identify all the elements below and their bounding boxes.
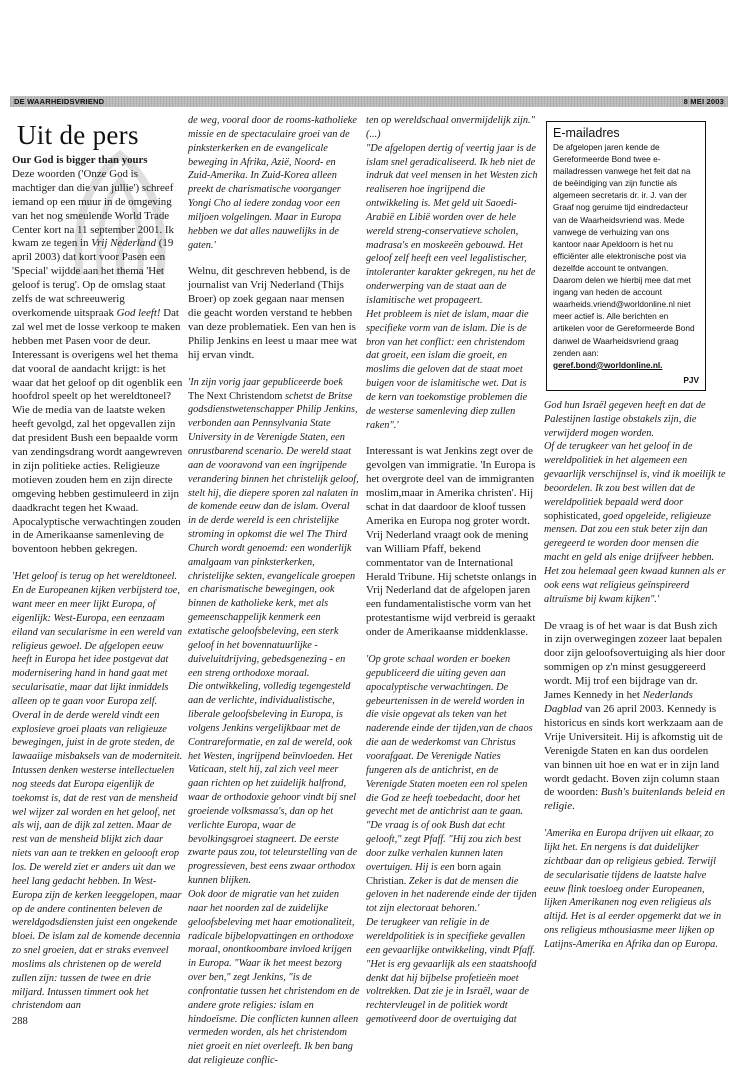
islam-quote: "De afgelopen dertig of veertig jaar is … (366, 142, 538, 308)
masthead-bar: De Waarheidsvriend 8 mei 2003 (10, 96, 728, 107)
jenkins-quote-2: Die ontwikkeling, volledig tegengesteld … (188, 680, 360, 888)
pfaff-quote-2: "De vraag is of ook Bush dat echt geloof… (366, 819, 538, 916)
body-paragraph: De vraag is of het waar is dat Bush zich… (544, 620, 726, 815)
jenkins-quote-3: Ook door de migratie van het zuiden naar… (188, 888, 360, 1068)
islam-quote-2: Het probleem is niet de islam, maar die … (366, 308, 538, 433)
article-subhead: Our God is bigger than yours (12, 154, 184, 168)
text-run: . (572, 800, 575, 812)
text-run: 'In zijn vorig jaar gepubliceerde boek (188, 377, 343, 388)
pfaff-quote-5: Of de terugkeer van het geloof in de wer… (544, 440, 726, 606)
article-column-1: Uit de pers Our God is bigger than yours… (12, 118, 184, 1029)
text-run: , goed opgeleide, religieuze mensen. Dat… (544, 511, 726, 605)
book-title: The Next Christendom (188, 391, 282, 402)
text-run: van 26 april 2003. Kennedy is historicus… (544, 703, 723, 798)
box-title: E-mailadres (553, 126, 699, 140)
article-title: Uit de pers (17, 120, 184, 150)
pfaff-quote: 'Op grote schaal worden er boeken gepubl… (366, 653, 538, 819)
text-run: De vraag is of het waar is dat Bush zich… (544, 620, 725, 702)
ellipsis: (...) (366, 128, 538, 142)
quote-continuation: de weg, vooral door de rooms-katholieke … (188, 114, 360, 252)
kennedy-quote: 'Amerika en Europa drijven uit elkaar, z… (544, 827, 726, 952)
issue-date: 8 mei 2003 (684, 97, 724, 106)
text-run: Of de terugkeer van het geloof in de wer… (544, 441, 726, 507)
publication-ref: Vrij Nederland (91, 237, 156, 249)
intro-paragraph: Deze woorden ('Onze God is machtiger dan… (12, 168, 184, 557)
article-column-2: de weg, vooral door de rooms-katholieke … (188, 114, 360, 1068)
email-link[interactable]: geref.bond@worldonline.nl. (553, 359, 699, 371)
pfaff-quote-4: God hun Israël gegeven heeft en dat de P… (544, 399, 726, 441)
page-number: 288 (12, 1015, 184, 1029)
quote-paragraph: 'Het geloof is terug op het wereldtoneel… (12, 570, 184, 1013)
article-column-4: E-mailadres De afgelopen jaren kende de … (544, 118, 726, 952)
body-paragraph: Interessant is wat Jenkins zegt over de … (366, 445, 538, 640)
body-paragraph: Welnu, dit geschreven hebbend, is de jou… (188, 265, 360, 362)
jenkins-quote: 'In zijn vorig jaar gepubliceerde boek T… (188, 376, 360, 681)
box-text: De afgelopen jaren kende de Gereformeerd… (553, 141, 699, 274)
email-notice-box: E-mailadres De afgelopen jaren kende de … (546, 121, 706, 391)
publication-name: De Waarheidsvriend (14, 97, 104, 106)
box-signature: PJV (553, 374, 699, 386)
article-column-3: ten op wereldschaal onvermijdelijk zijn.… (366, 114, 538, 1027)
cover-quote: God leeft! (117, 307, 161, 319)
box-text: Daarom delen we hierbij mee dat met inga… (553, 274, 699, 359)
text-run: schetst de Britse godsdienstwetenschappe… (188, 391, 359, 679)
quote-continuation: ten op wereldschaal onvermijdelijk zijn.… (366, 114, 538, 128)
text-run: Dat zal wel met de losse verkoop te make… (12, 307, 182, 555)
pfaff-quote-3: De terugkeer van religie in de wereldpol… (366, 916, 538, 1027)
phrase: sophisticated (544, 511, 598, 522)
